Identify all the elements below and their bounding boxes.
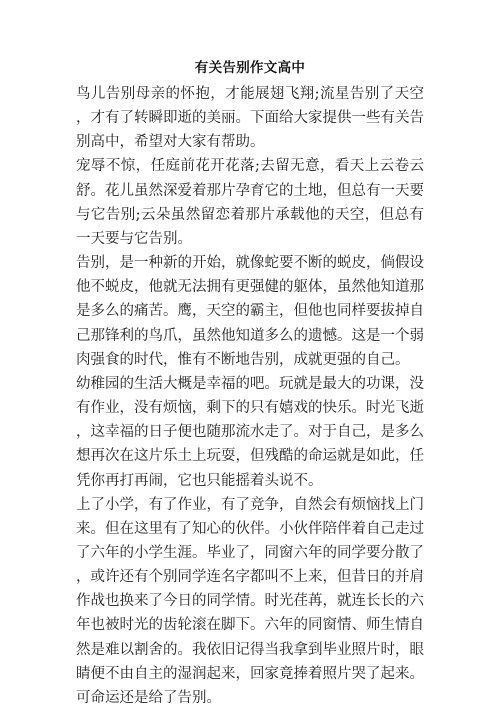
document-page: 有关告别作文高中 鸟儿告别母亲的怀抱，才能展翅飞翔;流星告别了天空，才有了转瞬即… [0,0,500,707]
paragraph-new-beginning: 告别，是一种新的开始，就像蛇要不断的蜕皮，倘假设他不蜕皮，他就无法拥有更强健的躯… [76,251,424,372]
paragraph-intro: 鸟儿告别母亲的怀抱，才能展翅飞翔;流星告别了天空，才有了转瞬即逝的美丽。下面给大… [76,82,424,154]
paragraph-primary-school: 上了小学，有了作业，有了竞争，自然会有烦恼找上门来。但在这里有了知心的伙伴。小伙… [76,493,424,707]
paragraph-flowers-clouds: 宠辱不惊，任庭前花开花落;去留无意，看天上云卷云舒。花儿虽然深爱着那片孕育它的土… [76,154,424,251]
paragraph-kindergarten: 幼稚园的生活大概是幸福的吧。玩就是最大的功课，没有作业，没有烦恼，剩下的只有嬉戏… [76,372,424,493]
document-body: 鸟儿告别母亲的怀抱，才能展翅飞翔;流星告别了天空，才有了转瞬即逝的美丽。下面给大… [76,82,424,707]
document-title: 有关告别作文高中 [0,59,500,77]
